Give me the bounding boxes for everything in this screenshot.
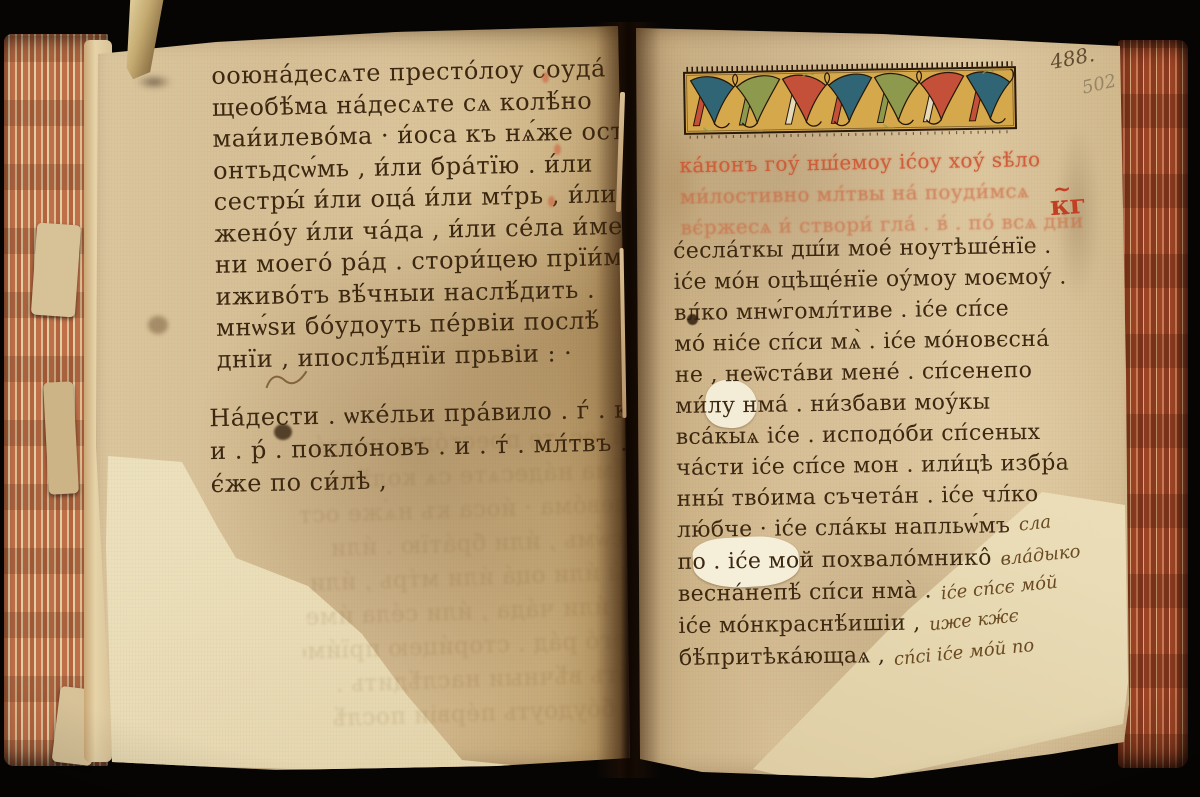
- manuscript-line: іс́е мо́н оцѣще́нїе оу́моу моємоу́ .: [673, 261, 1103, 298]
- red-smudge: [554, 144, 561, 155]
- left-page-text-block: ооюна́десѧте престо́лоу соуда́щеобѣ́ма н…: [211, 53, 617, 376]
- manuscript-line: весна́непѣ́ сп́си нма̀ .іс́е сп́сє мо́й: [678, 573, 1108, 611]
- line-text: ми́лу нма́ . ни́збави моу́кы: [675, 390, 990, 419]
- titlo-mark: ~: [1052, 178, 1072, 201]
- line-text: лю́бче · іс́е сла́кы напльѡ́мъ: [677, 513, 1011, 543]
- line-text: нны́ тво́има съчета́н . іс́е чл́ко: [676, 482, 1038, 512]
- line-text: ча́сти іс́е сп́се мон . или́цѣ избр́а: [676, 451, 1069, 481]
- line-text: весна́непѣ́ сп́си нма̀ .: [678, 578, 932, 607]
- protruding-page-tab: [31, 223, 81, 318]
- line-text: бѣ́притѣка́ющаѧ ,: [679, 643, 886, 671]
- rubric-block: ка́нонъ гоу́ нш́емоу іс́оу хоу́ ѕѣ́ломи́…: [679, 144, 1073, 244]
- line-text: іс́е мо́нкраснѣ́ишіи ,: [678, 611, 920, 639]
- line-text: не , неѿста́ви мене́ . сп́сенепо: [675, 358, 1033, 388]
- manuscript-photo: ооюна́десѧте престо́лоу соуда́щеобѣ́ма н…: [0, 0, 1200, 797]
- manuscript-line: мо́ ніс́е сп́си мѧ̀ . іс́е мо́новєсна́: [674, 323, 1104, 360]
- folio-number-ink: 488.: [1048, 42, 1096, 74]
- red-smudge: [548, 196, 555, 207]
- chapter-number-mark: ~кг: [1049, 191, 1087, 220]
- left-page: ооюна́десѧте престо́лоу соуда́щеобѣ́ма н…: [96, 26, 632, 772]
- line-text: іс́е мо́н оцѣще́нїе оу́моу моємоу́ .: [673, 265, 1066, 295]
- protruding-page-tab: [43, 381, 79, 494]
- scribal-flourish: [262, 367, 311, 399]
- right-page: 488. 502 ка́нонъ гоу́ нш́емоу іс́оу хоу́…: [632, 24, 1134, 784]
- manuscript-line: ча́сти іс́е сп́се мон . или́цѣ избр́а: [676, 447, 1106, 484]
- line-text: по . іс́е мой похвало́мнико̂: [677, 546, 992, 575]
- line-text: вл́ко мнѡ́гомл́тиве . іс́е сп́се: [674, 296, 1009, 326]
- line-text: мо́ ніс́е сп́си мѧ̀ . іс́е мо́новєсна́: [674, 327, 1049, 357]
- headpiece-ornament: [682, 60, 1017, 141]
- manuscript-line: бѣ́притѣка́ющаѧ ,сп́сі іс́е мо́й по: [679, 637, 1109, 675]
- folio-number-pencil: 502: [1080, 70, 1118, 98]
- line-text: с́есла́ткы дш́и мое́ ноутѣше́нїе .: [673, 234, 1052, 264]
- stain: [148, 316, 168, 334]
- left-page-note-block: На́дести . ѡке́льи пра́вило . ѓ . ка́ .и…: [209, 394, 611, 501]
- later-hand-addition: сла: [1017, 506, 1052, 540]
- red-smudge: [542, 72, 549, 83]
- right-page-text-block: с́есла́ткы дш́и мое́ ноутѣше́нїе .іс́е м…: [673, 230, 1109, 675]
- line-text: вса́кыѧ іс́е . исподо́би сп́сеных: [676, 420, 1041, 450]
